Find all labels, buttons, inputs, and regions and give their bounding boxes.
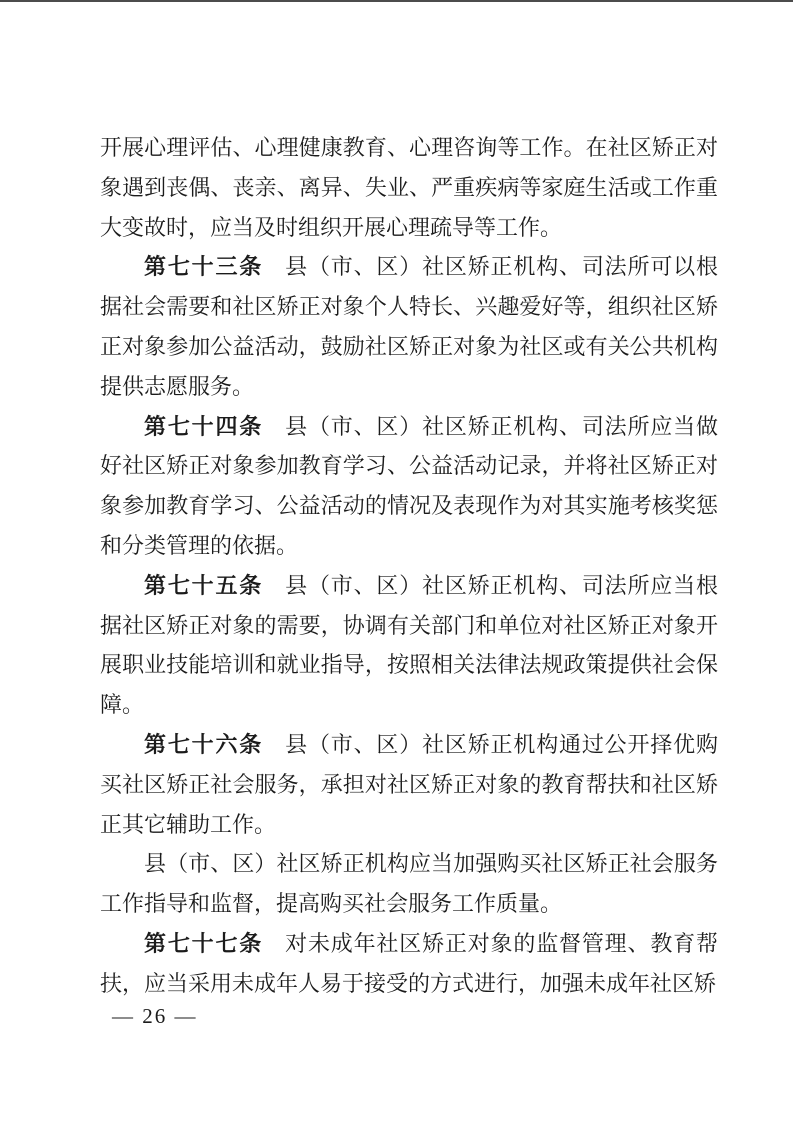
article-number: 第七十六条 [144,732,263,757]
paragraph: 第七十七条对未成年社区矫正对象的监督管理、教育帮扶，应当采用未成年人易于接受的方… [100,924,718,1004]
paragraph-text: 开展心理评估、心理健康教育、心理咨询等工作。在社区矫正对象遇到丧偶、丧亲、离异、… [100,135,718,240]
document-body: 开展心理评估、心理健康教育、心理咨询等工作。在社区矫正对象遇到丧偶、丧亲、离异、… [100,128,718,1004]
paragraph: 开展心理评估、心理健康教育、心理咨询等工作。在社区矫正对象遇到丧偶、丧亲、离异、… [100,128,718,247]
paragraph: 县（市、区）社区矫正机构应当加强购买社区矫正社会服务工作指导和监督，提高购买社会… [100,844,718,924]
article-number: 第七十五条 [144,573,263,598]
article-number: 第七十三条 [144,254,263,279]
paragraph-text: 县（市、区）社区矫正机构应当加强购买社区矫正社会服务工作指导和监督，提高购买社会… [100,851,718,916]
scan-edge-artifact [0,0,793,2]
article-number: 第七十七条 [144,931,263,956]
paragraph: 第七十三条县（市、区）社区矫正机构、司法所可以根据社会需要和社区矫正对象个人特长… [100,247,718,406]
paragraph: 第七十六条县（市、区）社区矫正机构通过公开择优购买社区矫正社会服务，承担对社区矫… [100,725,718,844]
document-page: { "document": { "language": "zh-CN", "pa… [0,0,793,1122]
page-number: — 26 — [112,1001,198,1031]
paragraph: 第七十四条县（市、区）社区矫正机构、司法所应当做好社区矫正对象参加教育学习、公益… [100,407,718,566]
article-number: 第七十四条 [144,414,263,439]
paragraph: 第七十五条县（市、区）社区矫正机构、司法所应当根据社区矫正对象的需要，协调有关部… [100,566,718,725]
